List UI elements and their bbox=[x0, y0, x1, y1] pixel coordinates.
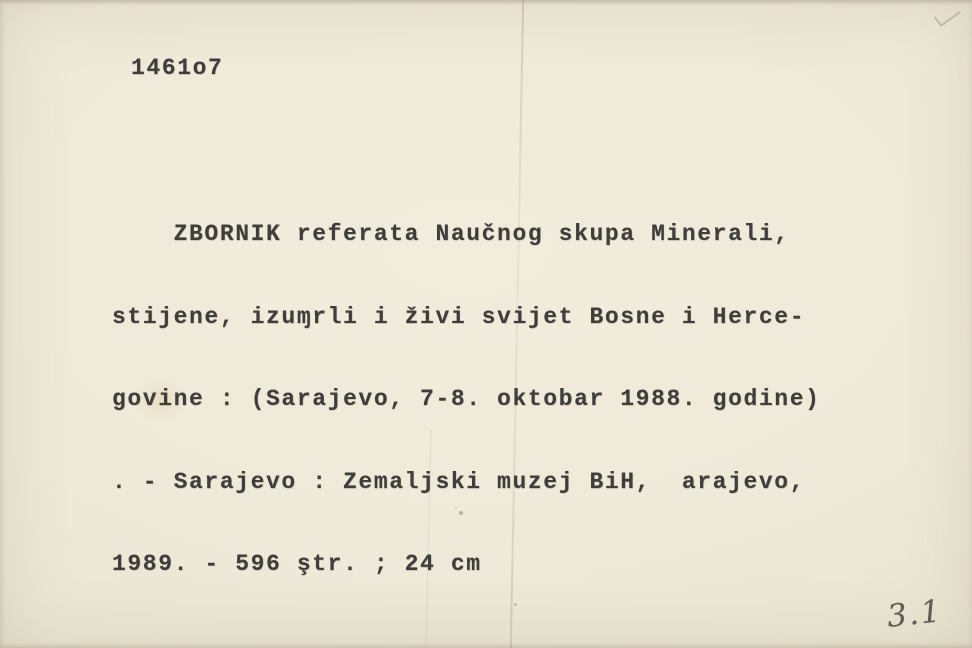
handwritten-number: 3.1 bbox=[885, 593, 944, 635]
catalog-entry: ZBORNIK referata Naučnog skupa Minerali,… bbox=[112, 166, 821, 634]
call-number: 1461o7 bbox=[131, 55, 223, 81]
check-icon bbox=[931, 6, 963, 31]
catalog-entry-line: ZBORNIK referata Naučnog skupa Minerali, bbox=[112, 221, 821, 249]
catalog-entry-line: 1989. - 596 ştr. ; 24 cm bbox=[112, 551, 821, 579]
catalog-entry-line: stijene, izuɱrli i živi svijet Bosne i H… bbox=[112, 304, 821, 332]
catalog-entry-line: govine : (Sarajevo, 7-8. oktobar 1988. g… bbox=[112, 386, 821, 414]
scan-top-edge-shadow bbox=[0, 0, 972, 5]
catalog-card: 1461o7 ZBORNIK referata Naučnog skupa Mi… bbox=[0, 0, 972, 648]
scan-bottom-edge-shadow bbox=[0, 642, 972, 648]
catalog-entry-line: . - Sarajevo : Zemaljski muzej BiH, araj… bbox=[112, 469, 821, 497]
